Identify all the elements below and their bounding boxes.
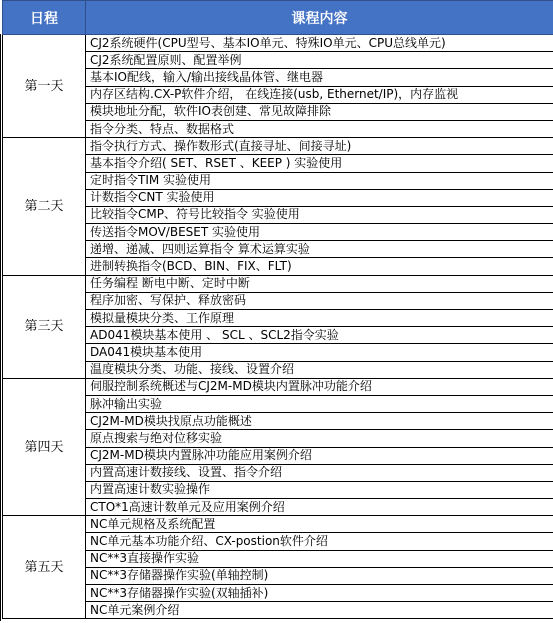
course-item: 递增、递减、四则运算指令 算术运算实验 <box>86 241 553 258</box>
table-row: AD041模块基本使用 、 SCL 、SCL2指令实验 <box>3 327 553 344</box>
course-item: 计数指令CNT 实验使用 <box>86 189 553 206</box>
table-row: 第四天 伺服控制系统概述与CJ2M-MD模块内置脉冲功能介绍 <box>3 378 553 395</box>
table-row: CJ2M-MD模块内置脉冲功能应用案例介绍 <box>3 447 553 464</box>
table-row: 指令分类、特点、数据格式 <box>3 120 553 137</box>
course-item: NC单元案例介绍 <box>86 602 553 619</box>
table-row: 第五天 NC单元规格及系统配置 <box>3 516 553 533</box>
course-item: 内置高速计数接线、设置、指令介绍 <box>86 464 553 481</box>
table-row: NC**3直接操作实验 <box>3 550 553 567</box>
day-label-1: 第一天 <box>3 35 86 138</box>
table-row: 第三天 任务编程 断电中断、定时中断 <box>3 275 553 292</box>
table-row: CTO*1高速计数单元及应用案例介绍 <box>3 499 553 516</box>
course-item: 原点搜索与绝对位移实验 <box>86 430 553 447</box>
table-row: NC**3存储器操作实验(双轴插补) <box>3 585 553 602</box>
day-label-5: 第五天 <box>3 516 86 619</box>
course-item: DA041模块基本使用 <box>86 344 553 361</box>
header-content: 课程内容 <box>86 1 553 35</box>
table-row: 递增、递减、四则运算指令 算术运算实验 <box>3 241 553 258</box>
table-row: 基本IO配线，输入/输出接线晶体管、继电器 <box>3 69 553 86</box>
table-row: CJ2系统配置原则、配置举例 <box>3 52 553 69</box>
table-row: 第二天 指令执行方式、操作数形式(直接寻址、间接寻址) <box>3 138 553 155</box>
course-item: CJ2系统硬件(CPU型号、基本IO单元、特殊IO单元、CPU总线单元) <box>86 35 553 52</box>
table-row: NC**3存储器操作实验(单轴控制) <box>3 567 553 584</box>
course-item: 任务编程 断电中断、定时中断 <box>86 275 553 292</box>
course-item: 进制转换指令(BCD、BIN、FIX、FLT) <box>86 258 553 275</box>
course-item: CJ2M-MD模块找原点功能概述 <box>86 413 553 430</box>
course-item: 比较指令CMP、符号比较指令 实验使用 <box>86 206 553 223</box>
course-item: NC**3存储器操作实验(双轴插补) <box>86 585 553 602</box>
table-header-row: 日程 课程内容 <box>3 1 553 35</box>
course-item: CJ2系统配置原则、配置举例 <box>86 52 553 69</box>
table-row: NC单元案例介绍 <box>3 602 553 619</box>
course-item: 传送指令MOV/BESET 实验使用 <box>86 224 553 241</box>
table-row: 传送指令MOV/BESET 实验使用 <box>3 224 553 241</box>
table-row: 原点搜索与绝对位移实验 <box>3 430 553 447</box>
table-row: CJ2M-MD模块找原点功能概述 <box>3 413 553 430</box>
course-item: 定时指令TIM 实验使用 <box>86 172 553 189</box>
course-item: 程序加密、写保护、释放密码 <box>86 292 553 309</box>
table-row: 比较指令CMP、符号比较指令 实验使用 <box>3 206 553 223</box>
course-item: CJ2M-MD模块内置脉冲功能应用案例介绍 <box>86 447 553 464</box>
day-label-2: 第二天 <box>3 138 86 276</box>
table-row: 温度模块分类、功能、接线、设置介绍 <box>3 361 553 378</box>
table-row: 内存区结构.CX-P软件介绍， 在线连接(usb, Ethernet/IP)，内… <box>3 86 553 103</box>
table-row: 第一天 CJ2系统硬件(CPU型号、基本IO单元、特殊IO单元、CPU总线单元) <box>3 35 553 52</box>
table-row: NC单元基本功能介绍、CX-postion软件介绍 <box>3 533 553 550</box>
table-row: 内置高速计数实验操作 <box>3 481 553 498</box>
table-row: 模块地址分配，软件IO表创建、常见故障排除 <box>3 103 553 120</box>
table-row: 内置高速计数接线、设置、指令介绍 <box>3 464 553 481</box>
table-row: 模拟量模块分类、工作原理 <box>3 310 553 327</box>
table-row: 进制转换指令(BCD、BIN、FIX、FLT) <box>3 258 553 275</box>
course-item: 内置高速计数实验操作 <box>86 481 553 498</box>
course-item: NC**3直接操作实验 <box>86 550 553 567</box>
table-row: 计数指令CNT 实验使用 <box>3 189 553 206</box>
table-row: 脉冲输出实验 <box>3 395 553 412</box>
course-item: CTO*1高速计数单元及应用案例介绍 <box>86 499 553 516</box>
course-item: NC单元规格及系统配置 <box>86 516 553 533</box>
course-item: NC**3存储器操作实验(单轴控制) <box>86 567 553 584</box>
course-item: 模块地址分配，软件IO表创建、常见故障排除 <box>86 103 553 120</box>
course-item: 内存区结构.CX-P软件介绍， 在线连接(usb, Ethernet/IP)，内… <box>86 86 553 103</box>
table-row: 定时指令TIM 实验使用 <box>3 172 553 189</box>
course-item: 伺服控制系统概述与CJ2M-MD模块内置脉冲功能介绍 <box>86 378 553 395</box>
course-item: 脉冲输出实验 <box>86 395 553 412</box>
course-item: 指令执行方式、操作数形式(直接寻址、间接寻址) <box>86 138 553 155</box>
day-label-4: 第四天 <box>3 378 86 516</box>
course-item: AD041模块基本使用 、 SCL 、SCL2指令实验 <box>86 327 553 344</box>
course-item: NC单元基本功能介绍、CX-postion软件介绍 <box>86 533 553 550</box>
course-item: 基本IO配线，输入/输出接线晶体管、继电器 <box>86 69 553 86</box>
course-item: 模拟量模块分类、工作原理 <box>86 310 553 327</box>
day-label-3: 第三天 <box>3 275 86 378</box>
course-item: 基本指令介绍( SET、RSET 、KEEP ) 实验使用 <box>86 155 553 172</box>
table-row: DA041模块基本使用 <box>3 344 553 361</box>
table-row: 基本指令介绍( SET、RSET 、KEEP ) 实验使用 <box>3 155 553 172</box>
header-day: 日程 <box>3 1 86 35</box>
course-item: 温度模块分类、功能、接线、设置介绍 <box>86 361 553 378</box>
table-row: 程序加密、写保护、释放密码 <box>3 292 553 309</box>
course-schedule-table: 日程 课程内容 第一天 CJ2系统硬件(CPU型号、基本IO单元、特殊IO单元、… <box>2 0 553 619</box>
course-item: 指令分类、特点、数据格式 <box>86 120 553 137</box>
